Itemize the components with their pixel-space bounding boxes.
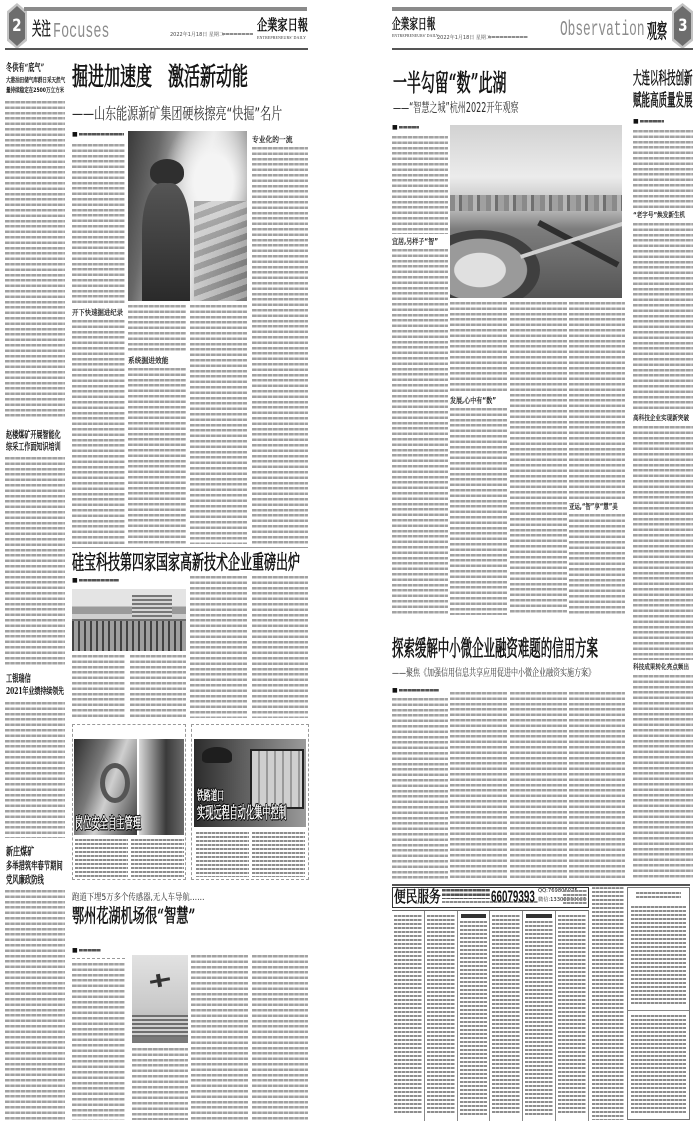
notice-divider [628, 1010, 689, 1011]
photo-caption-text [252, 832, 305, 877]
article-body-text [128, 305, 186, 353]
classifieds-grid [392, 910, 589, 1121]
sidebar-headline: 工银瑞信 [6, 675, 31, 685]
section-title-en: Observation [560, 20, 645, 41]
article-body-text [190, 576, 247, 718]
lead-subhead: 开下快速掘进纪录 [72, 309, 123, 317]
article-body-text [392, 249, 448, 615]
editor-credits [222, 33, 253, 36]
notice-heading [636, 892, 681, 900]
photo-figure-shape [142, 183, 190, 301]
article-body-text [569, 302, 625, 500]
photo-overlay-title: 铁路道口 [197, 790, 224, 803]
photo-round-hatch [100, 763, 130, 803]
sidebar-headline: 赋能高质量发展 [633, 93, 693, 110]
classified-ad-cell[interactable] [523, 911, 556, 1121]
classified-ad-cell[interactable] [556, 911, 589, 1121]
article-headline: 硅宝科技第四家国家高新技术企业重磅出炉 [72, 552, 300, 572]
classified-ad-text [525, 921, 553, 1115]
lead-subtitle: ——山东能源新矿集团硬核擦亮“快掘”名片 [72, 106, 282, 122]
lead-subhead: 发展,心中有“数” [450, 397, 496, 405]
photo-workers-2 [139, 739, 184, 835]
header-rule [392, 48, 693, 50]
article-body-text [569, 514, 625, 615]
article-headline: 探索缓解中小微企业融资难题的信用方案 [392, 638, 598, 660]
header-top-bar [24, 7, 307, 11]
article-photo-airplane [132, 955, 188, 1043]
byline-dashed-rule [72, 958, 125, 959]
article-headline: 鄂州花湖机场很“智慧” [72, 907, 195, 926]
issue-date: 2022年1月18日 星期二 [437, 36, 491, 41]
classifieds-phone: 66079393 [491, 888, 535, 905]
classified-ad-cell[interactable] [490, 911, 523, 1121]
byline-mark: ■ [633, 119, 639, 125]
sidebar-subhead: 多举措筑牢春节期间 [6, 861, 63, 872]
classified-ad-cell[interactable] [392, 911, 425, 1121]
masthead-logo: 企業家日報 [257, 18, 308, 33]
section-title-en: Focuses [53, 22, 109, 43]
classified-ad-cell[interactable] [458, 911, 491, 1121]
article-body-text [252, 955, 308, 1120]
article-subtitle: ——聚焦《加强信用信息共享应用促进中小微企业融资实施方案》 [392, 669, 595, 679]
byline-names [399, 689, 439, 692]
photo-monitor [250, 749, 304, 809]
page-number-badge: 3 [672, 3, 693, 49]
article-body-text [633, 223, 693, 410]
article-body-text [450, 302, 507, 393]
classified-ad-heading [526, 914, 552, 918]
article-photo-buildings [72, 589, 186, 651]
lead-photo-miner [128, 131, 247, 301]
classified-ad-text [427, 915, 455, 1115]
article-body-text [132, 1048, 188, 1120]
article-body-text [128, 368, 186, 544]
article-body-text [72, 144, 125, 306]
sidebar-headline: 综采工作面知识培训 [6, 443, 61, 453]
lead-subhead: 亚运,“智”享“慧”美 [569, 503, 618, 511]
article-body-text [569, 692, 625, 880]
article-body-text [130, 655, 186, 718]
lead-subhead: 宜居,另样子“智” [392, 238, 438, 246]
byline-mark: ■ [72, 948, 78, 954]
photo-overlay-title: 实现远程自动化集中控制 [197, 805, 287, 821]
sidebar-subhead: 大港油田储气库群日采天然气 [6, 77, 65, 84]
photo-caption-text [196, 832, 249, 877]
article-body-text [5, 457, 65, 666]
classified-notice-box[interactable] [627, 887, 690, 1120]
article-body-text [5, 101, 65, 417]
classified-ad-text [460, 921, 488, 1115]
classified-ad-cell[interactable] [425, 911, 458, 1121]
sidebar-headline: 赵楼煤矿开展智能化 [6, 431, 61, 441]
photo-building-shape [132, 595, 172, 617]
photo-ground [132, 1037, 188, 1043]
article-body-text [392, 136, 448, 234]
article-body-text [510, 692, 567, 880]
article-body-text [633, 426, 693, 660]
article-body-text [633, 130, 693, 208]
editor-credits [488, 36, 528, 39]
photo-overlay-title: 岗位安全自主管理 [75, 816, 141, 831]
article-divider [72, 547, 308, 548]
notice-text [631, 906, 686, 1006]
article-body-text [72, 655, 125, 718]
photo-solar-panels [72, 621, 186, 651]
byline-names [79, 949, 101, 952]
classifieds-top-rule [392, 884, 690, 886]
byline-names [640, 120, 664, 123]
lead-subhead: 专业化的一流 [252, 136, 293, 144]
article-body-text [5, 702, 65, 838]
photo-news-box-safety[interactable]: 岗位安全自主管理 [72, 724, 186, 880]
article-body-text [191, 955, 248, 1120]
sidebar-headline: 冬供有“底气” [6, 64, 44, 74]
sidebar-headline: 新庄煤矿 [6, 846, 34, 857]
byline-names [79, 133, 124, 136]
article-body-text [72, 320, 125, 544]
photo-skyline [450, 195, 622, 211]
right-page: 企業家日報 ENTREPRENEURS' DAILY 2022年1月18日 星期… [350, 0, 699, 1126]
article-body-text [450, 692, 507, 880]
classified-ad-text [492, 915, 520, 1115]
section-title-cn: 观察 [647, 21, 667, 41]
sidebar-subhead: “老字号”焕发新生机 [633, 212, 685, 219]
article-body-text [392, 698, 448, 880]
byline-names [399, 126, 419, 129]
byline-mark: ■ [72, 578, 78, 584]
photo-road [520, 221, 622, 259]
classified-ad-text [394, 915, 422, 1115]
page-number: 2 [12, 16, 21, 36]
lead-headline: 一半勾留“数”此湖 [393, 71, 506, 95]
classified-ad-heading [461, 914, 487, 918]
byline-names [79, 579, 119, 582]
classified-notice-column[interactable] [592, 887, 624, 1120]
sidebar-subhead: 科技成果转化亮点频出 [633, 664, 689, 671]
photo-caption-text [75, 839, 128, 877]
page-number: 3 [678, 16, 687, 36]
article-body-text [510, 302, 567, 615]
article-body-text [450, 408, 507, 615]
article-body-text [72, 963, 125, 1120]
article-kicker: 跑道下埋5万多个传感器,无人车导航…… [72, 894, 205, 903]
article-body-text [190, 305, 247, 544]
section-title-cn: 关注 [32, 21, 51, 39]
lead-headline: 掘进加速度 激活新动能 [72, 64, 248, 89]
article-body-text [252, 147, 308, 544]
byline-mark: ■ [72, 132, 78, 138]
issue-date: 2022年1月18日 星期二 [170, 33, 224, 38]
byline-mark: ■ [392, 688, 398, 694]
masthead-english: ENTREPRENEURS' DAILY [392, 35, 439, 39]
photo-plane-wings [156, 974, 162, 987]
byline-mark: ■ [392, 125, 398, 131]
sidebar-headline: 大连以科技创新 [633, 71, 693, 88]
photo-caption-text [131, 839, 184, 877]
photo-stadium [450, 230, 540, 298]
classified-ad-text [558, 915, 586, 1115]
masthead-logo: 企業家日報 [392, 18, 435, 32]
photo-machine-shape [194, 201, 247, 301]
photo-officer-cap [202, 747, 232, 763]
newspaper-spread: 2 关注 Focuses 2022年1月18日 星期二 企業家日報 ENTREP… [0, 0, 699, 1126]
photo-news-box-railway-crossing[interactable]: 铁路道口 实现远程自动化集中控制 [191, 724, 309, 880]
lead-subtitle: ——“智慧之城”杭州2022开年观察 [393, 102, 519, 115]
photo-helmet-shape [150, 159, 184, 185]
header-rule [5, 48, 308, 50]
masthead-english: ENTREPRENEURS' DAILY [257, 36, 306, 40]
lead-subhead: 系统掘进效能 [128, 357, 169, 365]
notice-text [631, 1015, 686, 1115]
classifieds-notice-small [563, 890, 587, 906]
classifieds-title: 便民服务 [394, 889, 441, 905]
article-body-text [252, 576, 308, 718]
sidebar-subhead: 高科技企业实现新突破 [633, 415, 689, 422]
sidebar-subhead: 党风廉政防线 [6, 875, 44, 886]
photo-terminal-building [132, 1015, 188, 1037]
left-page: 2 关注 Focuses 2022年1月18日 星期二 企業家日報 ENTREP… [0, 0, 312, 1126]
sidebar-subhead: 2021年业绩持续领先 [6, 688, 64, 697]
header-top-bar [392, 7, 672, 11]
classifieds-hotline-label [442, 889, 490, 899]
article-body-text [633, 675, 693, 880]
article-body-text [5, 890, 65, 1120]
lead-photo-hangzhou-city [450, 125, 622, 298]
sidebar-subhead: 量持续稳定在2500万立方米 [6, 87, 64, 94]
